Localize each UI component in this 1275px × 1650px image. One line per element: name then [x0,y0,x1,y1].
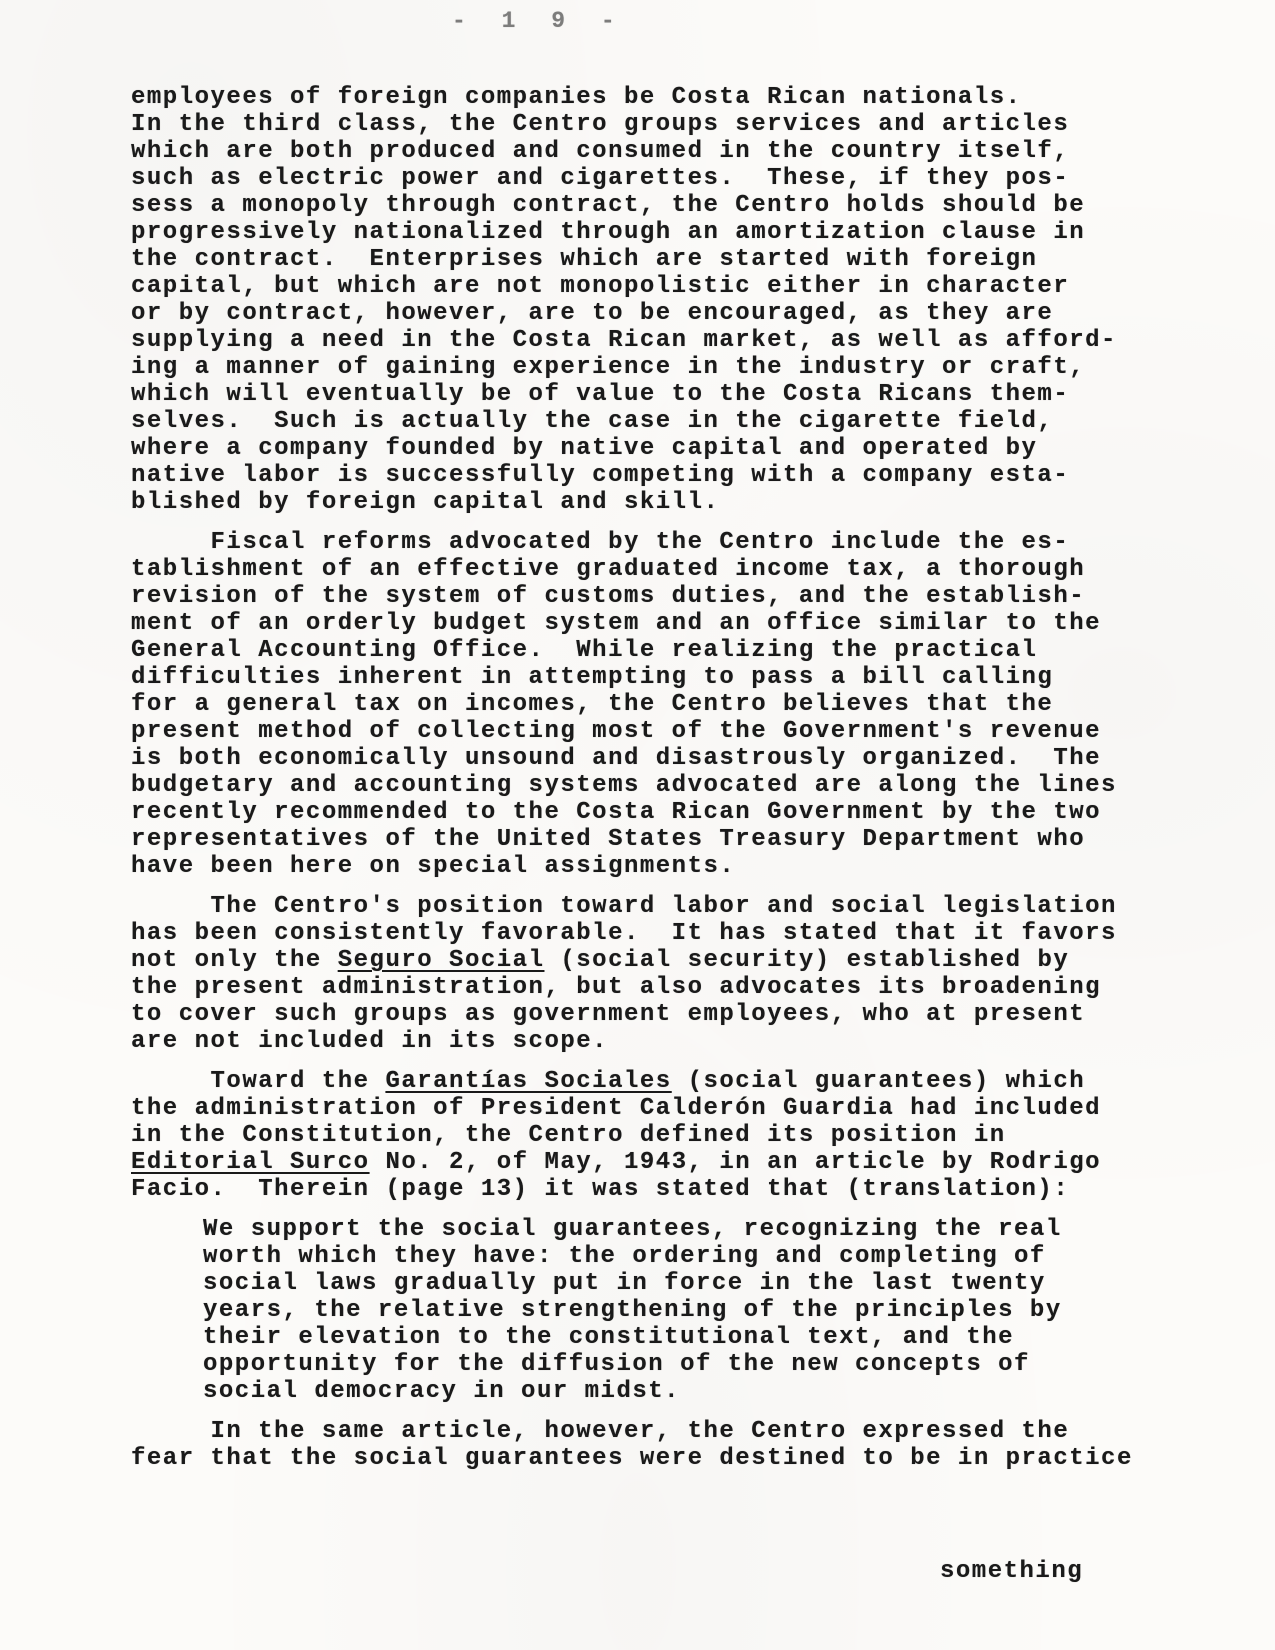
text-line: Fiscal reforms advocated by the Centro i… [131,529,1133,556]
text-segment: Facio. Therein (page 13) it was stated t… [131,1176,1069,1203]
text-line: the administration of President Calderón… [131,1095,1133,1122]
text-line: In the same article, however, the Centro… [131,1418,1133,1445]
text-segment: years, the relative strengthening of the… [203,1297,1062,1324]
page-number: - 1 9 - [452,8,626,34]
text-segment: selves. Such is actually the case in the… [131,408,1053,435]
text-line: blished by foreign capital and skill. [131,489,1133,516]
text-segment: progressively nationalized through an am… [131,219,1085,246]
text-segment: recently recommended to the Costa Rican … [131,799,1101,826]
text-segment: social democracy in our midst. [203,1378,680,1405]
paragraph: employees of foreign companies be Costa … [131,84,1133,516]
text-line: where a company founded by native capita… [131,435,1133,462]
text-line: are not included in its scope. [131,1028,1133,1055]
text-line: for a general tax on incomes, the Centro… [131,691,1133,718]
text-segment: Fiscal reforms advocated by the Centro i… [131,529,1069,556]
catchword: something [940,1558,1083,1585]
text-line: social democracy in our midst. [203,1378,1133,1405]
text-segment: The Centro's position toward labor and s… [131,893,1117,920]
text-segment: blished by foreign capital and skill. [131,489,719,516]
text-segment: present method of collecting most of the… [131,718,1101,745]
text-line: has been consistently favorable. It has … [131,920,1133,947]
paragraph: Toward the Garantías Sociales (social gu… [131,1068,1133,1203]
text-segment: the administration of President Calderón… [131,1095,1101,1122]
text-segment: General Accounting Office. While realizi… [131,637,1037,664]
underlined-phrase: Seguro Social [338,947,545,974]
text-segment: tablishment of an effective graduated in… [131,556,1085,583]
text-segment: Toward the [131,1068,385,1095]
text-segment: capital, but which are not monopolistic … [131,273,1069,300]
text-line: capital, but which are not monopolistic … [131,273,1133,300]
text-line: Toward the Garantías Sociales (social gu… [131,1068,1133,1095]
text-line: opportunity for the diffusion of the new… [203,1351,1133,1378]
text-line: General Accounting Office. While realizi… [131,637,1133,664]
text-segment: where a company founded by native capita… [131,435,1037,462]
text-segment: has been consistently favorable. It has … [131,920,1117,947]
text-line: supplying a need in the Costa Rican mark… [131,327,1133,354]
text-segment: not only the [131,947,338,974]
text-line: years, the relative strengthening of the… [203,1297,1133,1324]
text-segment: sess a monopoly through contract, the Ce… [131,192,1085,219]
text-segment: representatives of the United States Tre… [131,826,1085,853]
text-segment: supplying a need in the Costa Rican mark… [131,327,1117,354]
text-segment: such as electric power and cigarettes. T… [131,165,1069,192]
text-line: Editorial Surco No. 2, of May, 1943, in … [131,1149,1133,1176]
text-segment: which are both produced and consumed in … [131,138,1069,165]
text-line: ment of an orderly budget system and an … [131,610,1133,637]
text-line: their elevation to the constitutional te… [203,1324,1133,1351]
text-line: selves. Such is actually the case in the… [131,408,1133,435]
text-segment: in the Constitution, the Centro defined … [131,1122,1006,1149]
text-segment: ment of an orderly budget system and an … [131,610,1101,637]
scanned-page: - 1 9 - employees of foreign companies b… [0,0,1275,1650]
underlined-phrase: Editorial Surco [131,1149,370,1176]
text-line: the present administration, but also adv… [131,974,1133,1001]
text-line: the contract. Enterprises which are star… [131,246,1133,273]
text-line: to cover such groups as government emplo… [131,1001,1133,1028]
text-segment: difficulties inherent in attempting to p… [131,664,1053,691]
text-segment: social laws gradually put in force in th… [203,1270,1046,1297]
text-line: which will eventually be of value to the… [131,381,1133,408]
text-segment: the contract. Enterprises which are star… [131,246,1037,273]
text-segment: employees of foreign companies be Costa … [131,84,1022,111]
text-segment: We support the social guarantees, recogn… [203,1216,1062,1243]
text-line: representatives of the United States Tre… [131,826,1133,853]
text-segment: fear that the social guarantees were des… [131,1445,1133,1472]
text-line: social laws gradually put in force in th… [203,1270,1133,1297]
text-segment: worth which they have: the ordering and … [203,1243,1046,1270]
text-line: present method of collecting most of the… [131,718,1133,745]
text-line: not only the Seguro Social (social secur… [131,947,1133,974]
text-segment: native labor is successfully competing w… [131,462,1069,489]
text-line: ing a manner of gaining experience in th… [131,354,1133,381]
text-line: budgetary and accounting systems advocat… [131,772,1133,799]
text-segment: budgetary and accounting systems advocat… [131,772,1117,799]
text-line: The Centro's position toward labor and s… [131,893,1133,920]
text-line: progressively nationalized through an am… [131,219,1133,246]
text-line: sess a monopoly through contract, the Ce… [131,192,1133,219]
text-segment: have been here on special assignments. [131,853,735,880]
text-segment: or by contract, however, are to be encou… [131,300,1053,327]
underlined-phrase: Garantías Sociales [385,1068,671,1095]
text-segment: revision of the system of customs duties… [131,583,1085,610]
text-line: We support the social guarantees, recogn… [203,1216,1133,1243]
text-segment: opportunity for the diffusion of the new… [203,1351,1030,1378]
text-line: recently recommended to the Costa Rican … [131,799,1133,826]
text-line: tablishment of an effective graduated in… [131,556,1133,583]
text-line: which are both produced and consumed in … [131,138,1133,165]
text-line: Facio. Therein (page 13) it was stated t… [131,1176,1133,1203]
text-segment: In the third class, the Centro groups se… [131,111,1069,138]
paragraph: Fiscal reforms advocated by the Centro i… [131,529,1133,880]
text-line: or by contract, however, are to be encou… [131,300,1133,327]
text-segment: for a general tax on incomes, the Centro… [131,691,1053,718]
text-segment: are not included in its scope. [131,1028,608,1055]
text-line: is both economically unsound and disastr… [131,745,1133,772]
text-line: fear that the social guarantees were des… [131,1445,1133,1472]
text-segment: (social security) established by [544,947,1069,974]
text-line: In the third class, the Centro groups se… [131,111,1133,138]
text-segment: In the same article, however, the Centro… [131,1418,1069,1445]
text-segment: their elevation to the constitutional te… [203,1324,1014,1351]
text-segment: (social guarantees) which [672,1068,1085,1095]
text-segment: No. 2, of May, 1943, in an article by Ro… [370,1149,1102,1176]
text-segment: is both economically unsound and disastr… [131,745,1101,772]
text-line: in the Constitution, the Centro defined … [131,1122,1133,1149]
block-quote: We support the social guarantees, recogn… [203,1216,1133,1405]
text-line: native labor is successfully competing w… [131,462,1133,489]
text-line: such as electric power and cigarettes. T… [131,165,1133,192]
paragraph: In the same article, however, the Centro… [131,1418,1133,1472]
text-line: difficulties inherent in attempting to p… [131,664,1133,691]
paragraph: The Centro's position toward labor and s… [131,893,1133,1055]
text-line: worth which they have: the ordering and … [203,1243,1133,1270]
text-segment: to cover such groups as government emplo… [131,1001,1085,1028]
text-segment: the present administration, but also adv… [131,974,1101,1001]
text-line: have been here on special assignments. [131,853,1133,880]
text-segment: ing a manner of gaining experience in th… [131,354,1085,381]
text-line: revision of the system of customs duties… [131,583,1133,610]
text-line: employees of foreign companies be Costa … [131,84,1133,111]
text-segment: which will eventually be of value to the… [131,381,1069,408]
document-body: employees of foreign companies be Costa … [131,84,1133,1472]
